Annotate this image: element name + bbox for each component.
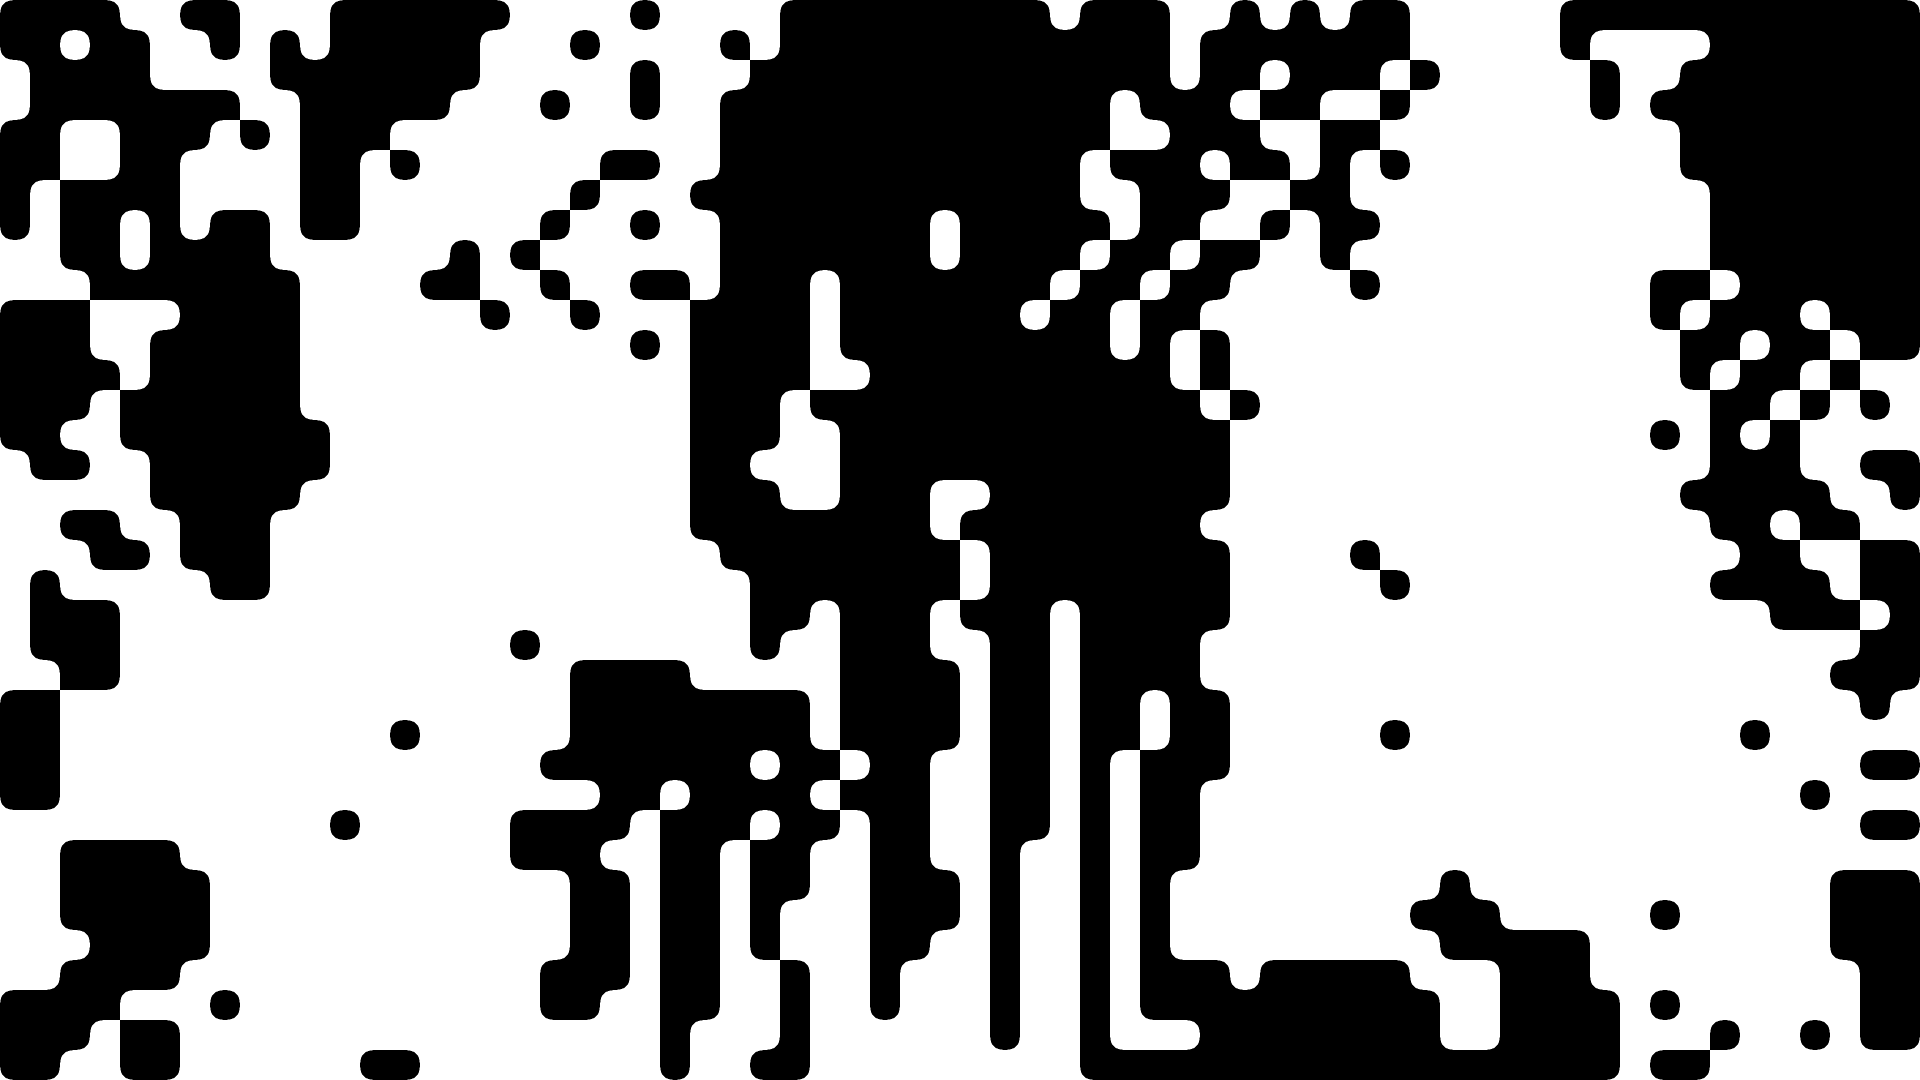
- binarized-image-canvas: [0, 0, 1920, 1080]
- binarized-photo-figure: [0, 0, 1920, 1080]
